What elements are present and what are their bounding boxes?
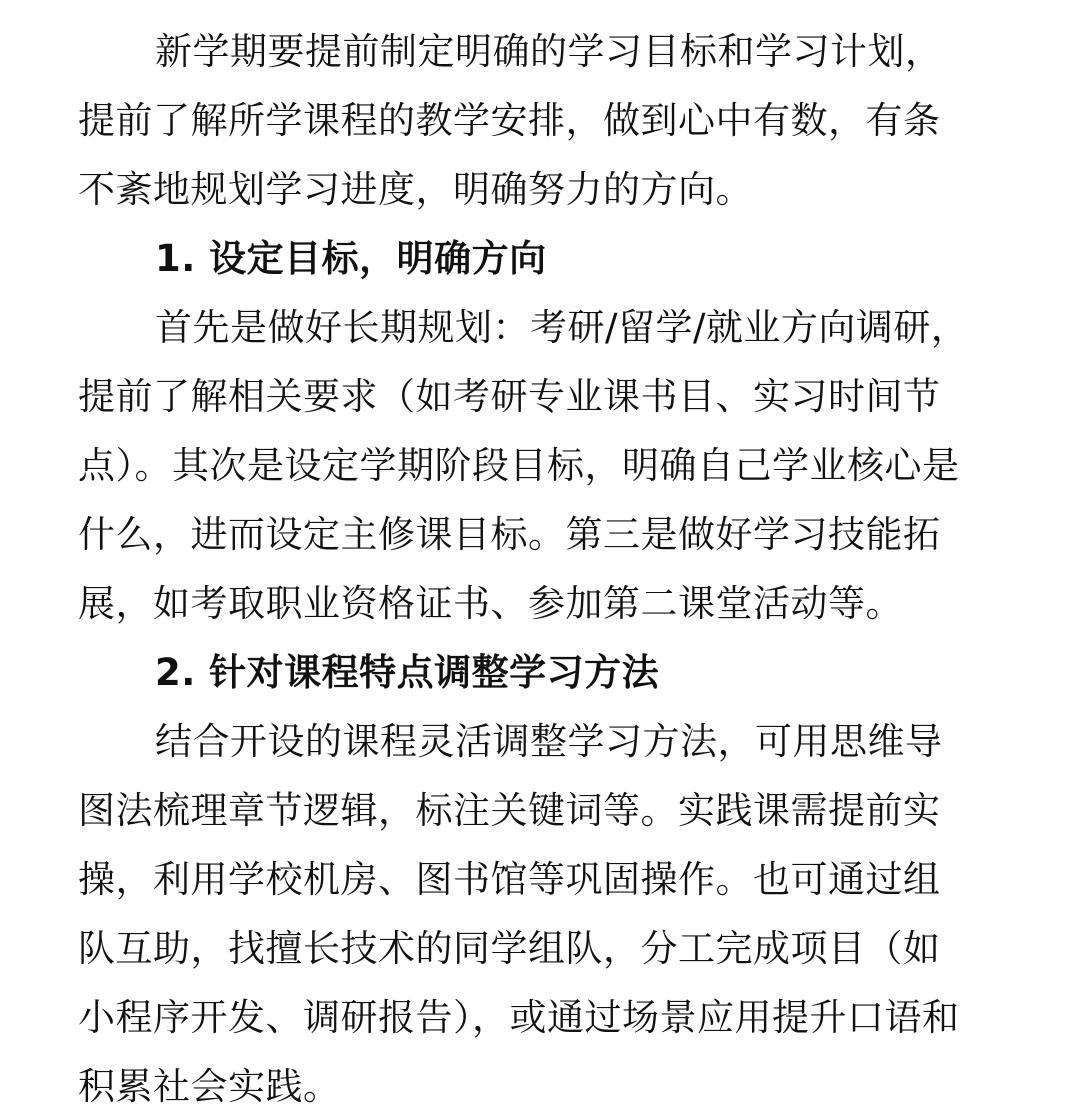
paragraph-methods-line-3: 操，利用学校机房、图书馆等巩固操作。也可通过组 <box>78 858 941 902</box>
paragraph-methods-line-1: 结合开设的课程灵活调整学习方法，可用思维导 <box>155 720 943 764</box>
paragraph-goals-line-5: 展，如考取职业资格证书、参加第二课堂活动等。 <box>78 582 903 626</box>
paragraph-intro-line-2: 提前了解所学课程的教学安排，做到心中有数，有条 <box>78 99 941 143</box>
paragraph-methods-line-5: 小程序开发、调研报告），或通过场景应用提升口语和 <box>78 996 960 1040</box>
paragraph-methods-line-4: 队互助，找擅长技术的同学组队，分工完成项目（如 <box>78 927 941 971</box>
paragraph-goals-line-2: 提前了解相关要求（如考研专业课书目、实习时间节 <box>78 375 941 419</box>
section-heading-2: 2. 针对课程特点调整学习方法 <box>155 651 659 695</box>
paragraph-goals-line-3: 点）。其次是设定学期阶段目标，明确自己学业核心是 <box>78 444 960 488</box>
section-heading-1: 1. 设定目标，明确方向 <box>155 237 547 281</box>
paragraph-intro-line-1: 新学期要提前制定明确的学习目标和学习计划， <box>155 30 943 74</box>
paragraph-methods-line-6: 积累社会实践。 <box>78 1065 341 1109</box>
paragraph-goals-line-4: 什么，进而设定主修课目标。第三是做好学习技能拓 <box>78 513 941 557</box>
paragraph-intro-line-3: 不紊地规划学习进度，明确努力的方向。 <box>78 168 753 212</box>
paragraph-methods-line-2: 图法梳理章节逻辑，标注关键词等。实践课需提前实 <box>78 789 941 833</box>
paragraph-goals-line-1: 首先是做好长期规划：考研/留学/就业方向调研， <box>155 306 968 350</box>
